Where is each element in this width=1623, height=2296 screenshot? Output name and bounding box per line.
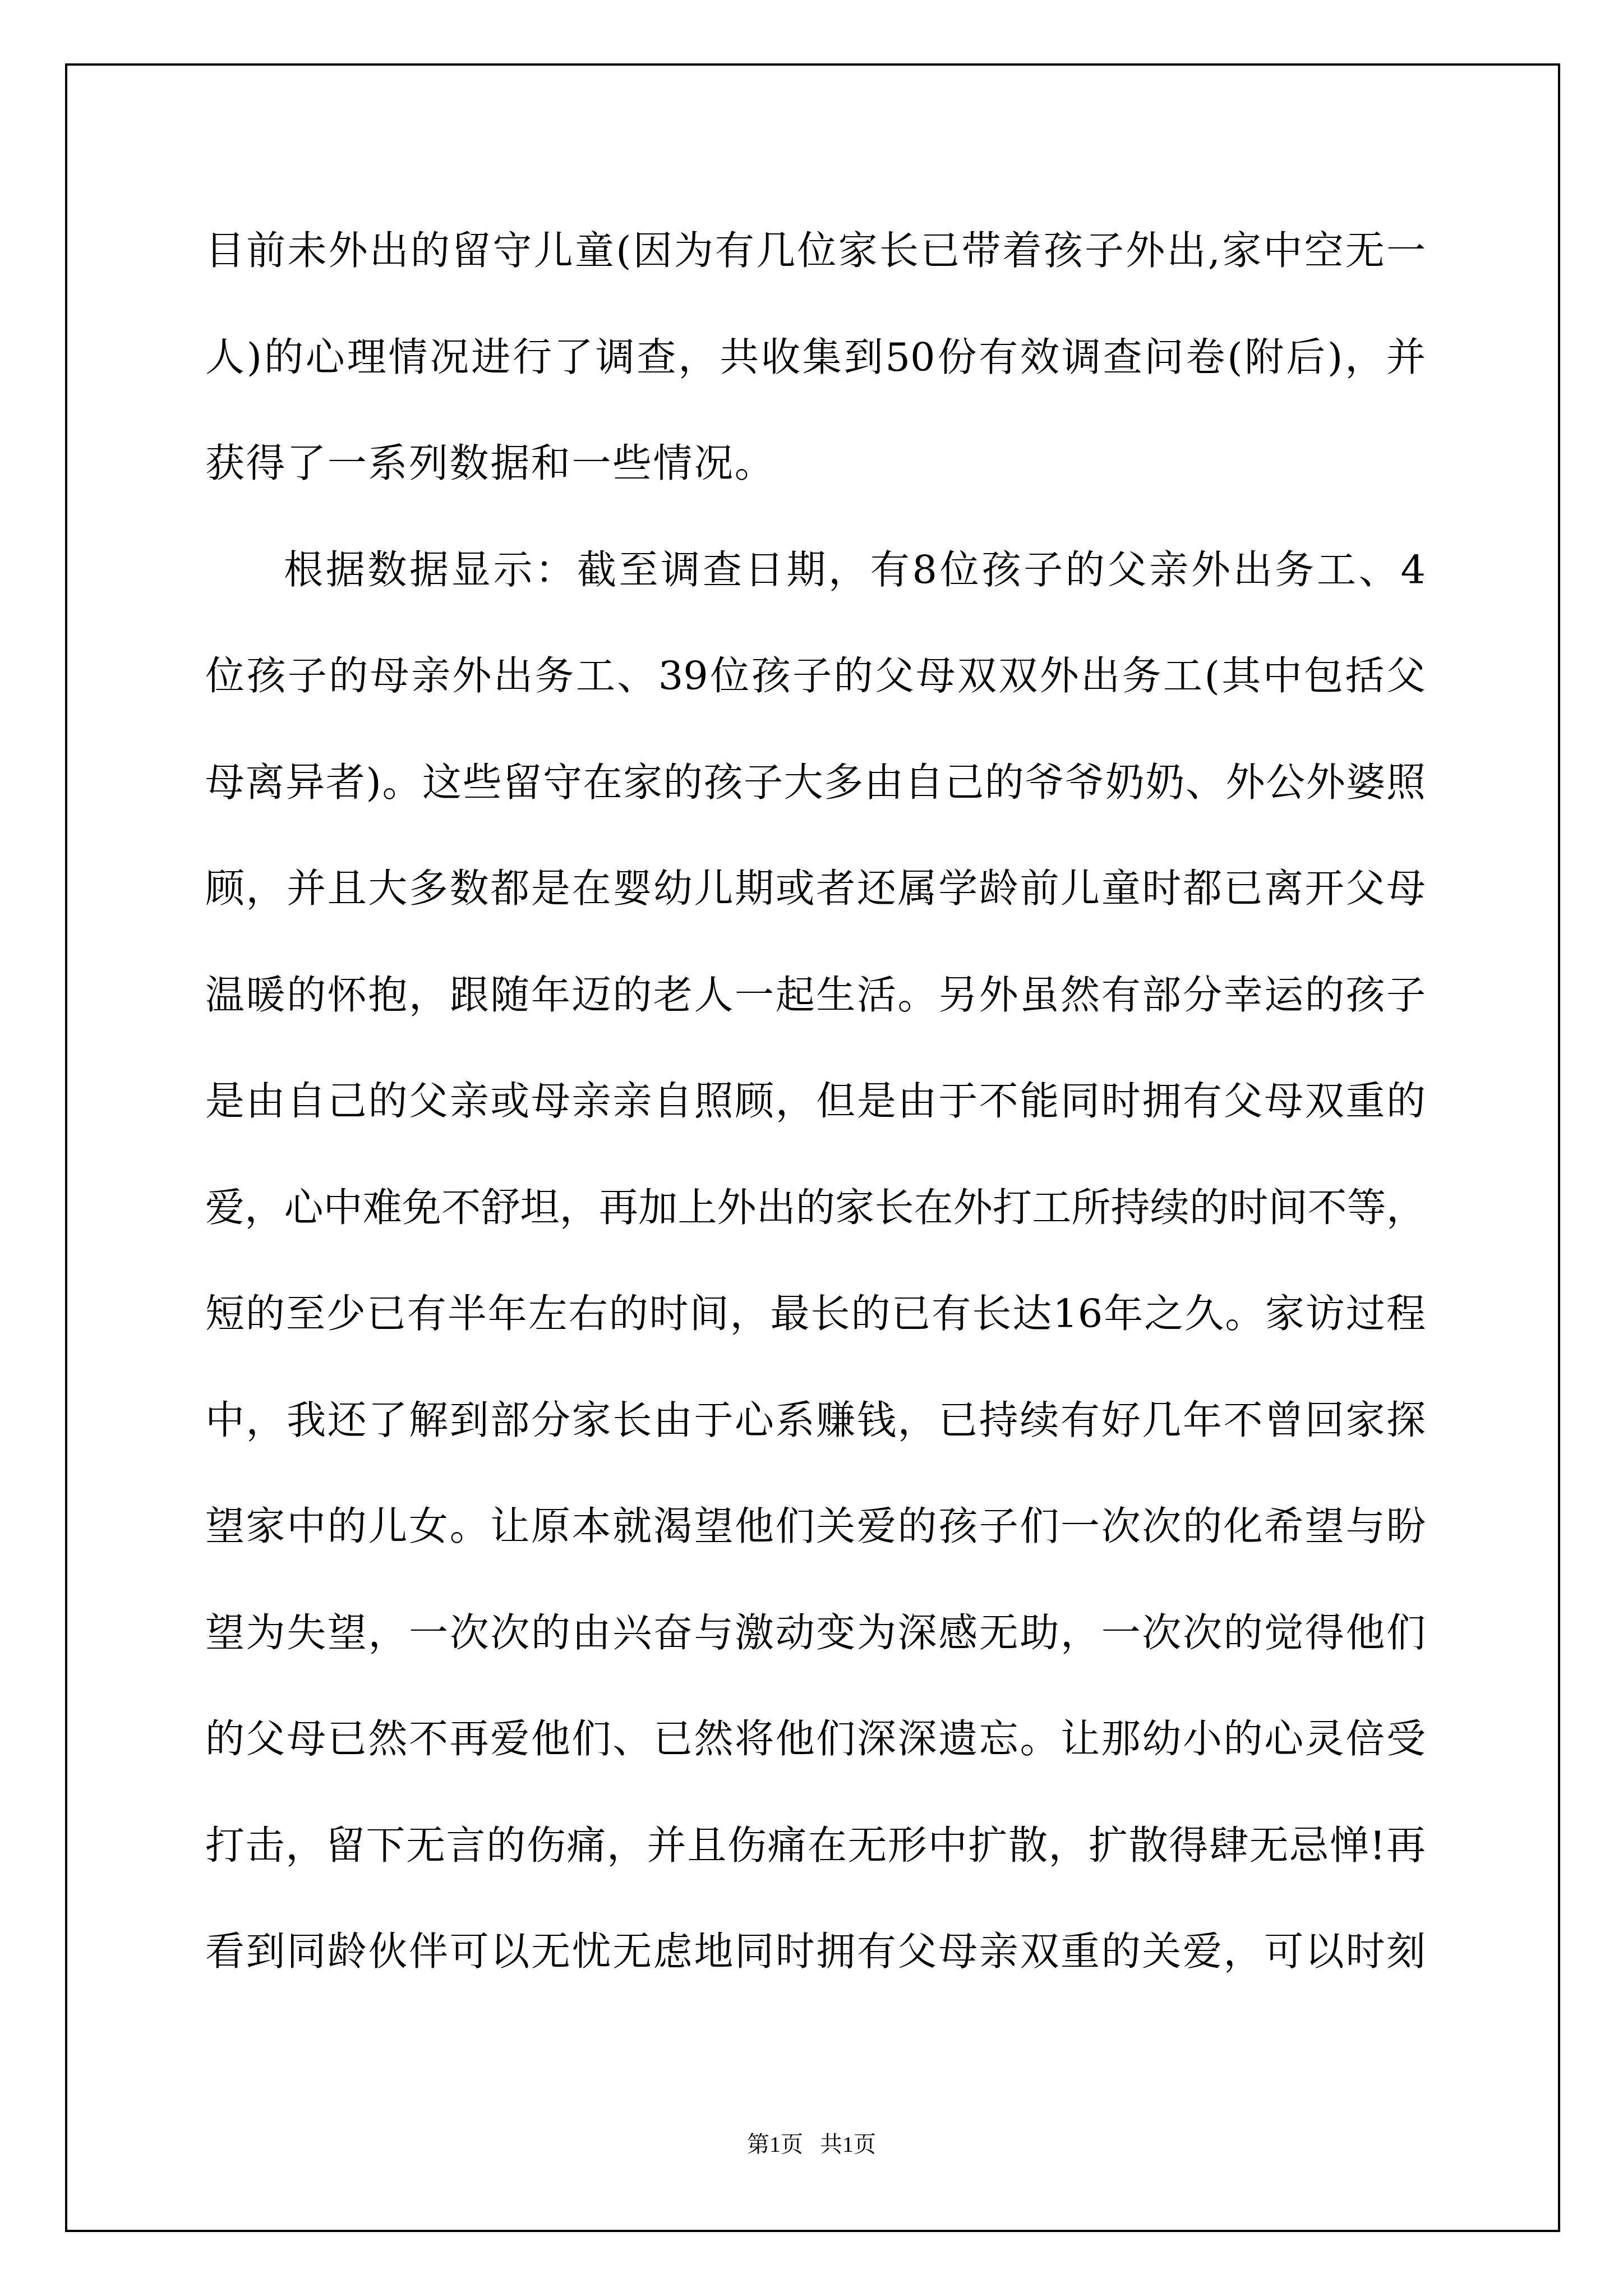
paragraph-2-line-5: 温暖的怀抱，跟随年迈的老人一起生活。另外虽然有部分幸运的孩子 bbox=[205, 973, 1426, 1018]
paragraph-1-line-2: 人)的心理情况进行了调查，共收集到50份有效调查问卷(附后)，并 bbox=[205, 335, 1426, 380]
paragraph-2-line-7: 爱，心中难免不舒坦，再加上外出的家长在外打工所持续的时间不等， bbox=[205, 1185, 1426, 1230]
paragraph-2-line-12: 的父母已然不再爱他们、已然将他们深深遗忘。让那幼小的心灵倍受 bbox=[205, 1717, 1426, 1761]
page-number-footer: 第1页 共1页 bbox=[0, 2132, 1623, 2157]
page-border bbox=[65, 63, 1560, 2232]
paragraph-2-line-6: 是由自己的父亲或母亲亲自照顾，但是由于不能同时拥有父母双重的 bbox=[205, 1079, 1426, 1124]
paragraph-2-line-2: 位孩子的母亲外出务工、39位孩子的父母双双外出务工(其中包括父 bbox=[205, 654, 1426, 698]
paragraph-2-line-11: 望为失望，一次次的由兴奋与激动变为深感无助，一次次的觉得他们 bbox=[205, 1611, 1426, 1655]
paragraph-2-line-10: 望家中的儿女。让原本就渴望他们关爱的孩子们一次次的化希望与盼 bbox=[205, 1504, 1426, 1549]
paragraph-2-line-4: 顾，并且大多数都是在婴幼儿期或者还属学龄前儿童时都已离开父母 bbox=[205, 866, 1426, 911]
paragraph-2-line-13: 打击，留下无言的伤痛，并且伤痛在无形中扩散，扩散得肆无忌惮!再 bbox=[205, 1823, 1426, 1868]
paragraph-2-line-8: 短的至少已有半年左右的时间，最长的已有长达16年之久。家访过程 bbox=[205, 1291, 1426, 1336]
paragraph-1-line-1: 目前未外出的留守儿童(因为有几位家长已带着孩子外出,家中空无一 bbox=[205, 228, 1426, 273]
paragraph-1-line-3: 获得了一系列数据和一些情况。 bbox=[205, 441, 1426, 486]
paragraph-2-line-14: 看到同龄伙伴可以无忧无虑地同时拥有父母亲双重的关爱，可以时刻 bbox=[205, 1929, 1426, 1974]
paragraph-2-line-1: 根据数据显示：截至调查日期，有8位孩子的父亲外出务工、4 bbox=[284, 547, 1426, 592]
paragraph-2-line-9: 中，我还了解到部分家长由于心系赚钱，已持续有好几年不曾回家探 bbox=[205, 1398, 1426, 1443]
paragraph-2-line-3: 母离异者)。这些留守在家的孩子大多由自己的爷爷奶奶、外公外婆照 bbox=[205, 760, 1426, 805]
